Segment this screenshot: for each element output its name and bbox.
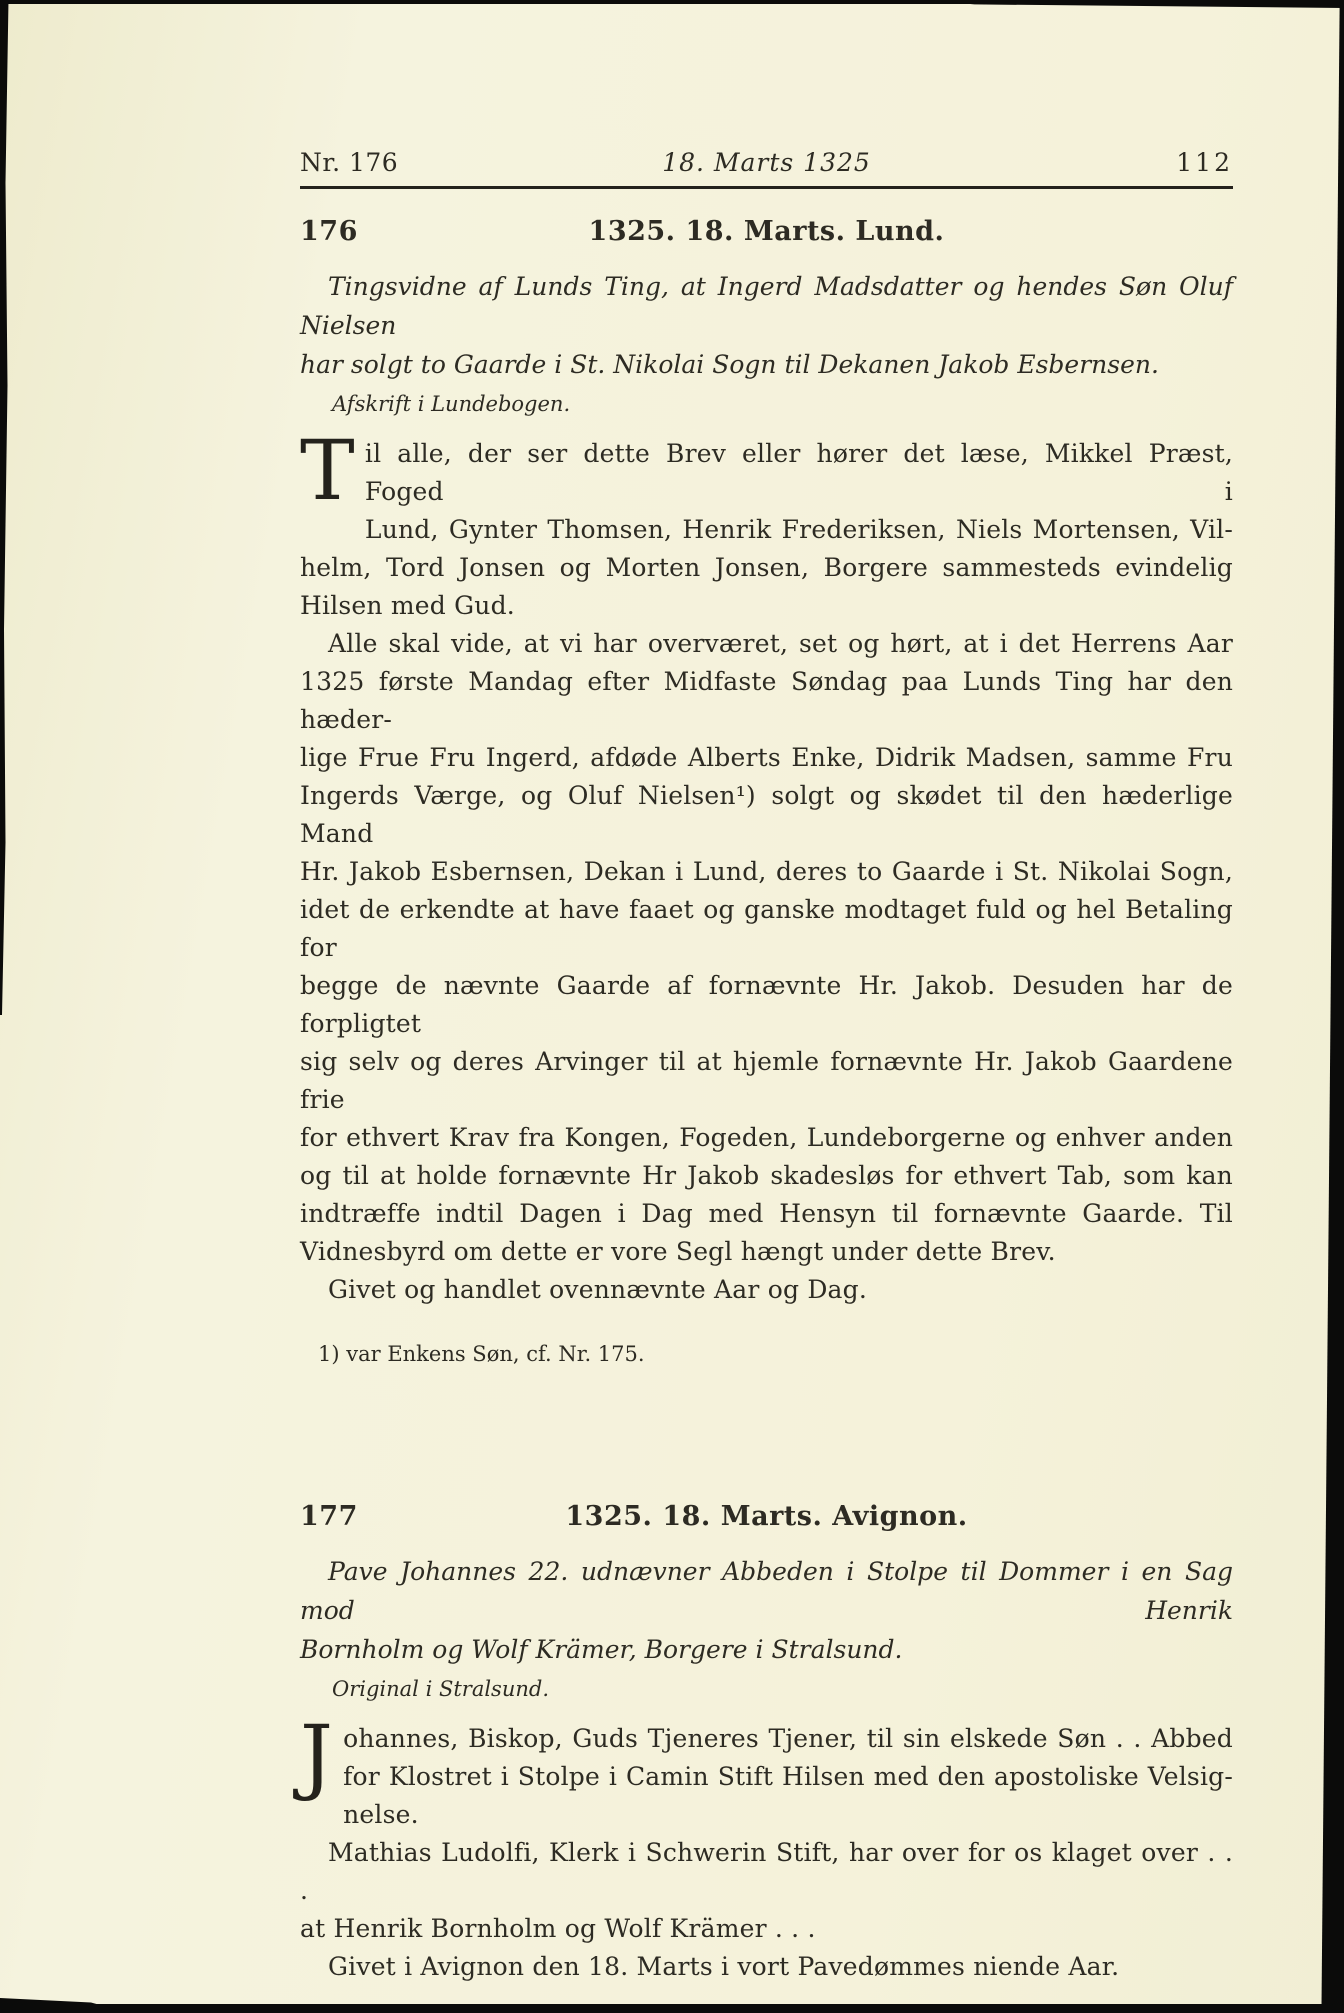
page-content: Nr. 176 18. Marts 1325 112 176 1325. 18.… <box>300 0 1233 1986</box>
text-line: Hilsen med Gud. <box>300 587 1233 625</box>
text-line: Mathias Ludolfi, Klerk i Schwerin Stift,… <box>300 1834 1233 1910</box>
text-line: indtræffe indtil Dagen i Dag med Hensyn … <box>300 1195 1233 1233</box>
text-line: lige Frue Fru Ingerd, afdøde Alberts Enk… <box>300 739 1233 777</box>
text-line: ohannes, Biskop, Guds Tjeneres Tjener, t… <box>300 1720 1233 1758</box>
scan-edge-right <box>1320 0 1344 2013</box>
entry-177-closing-line: Givet i Avignon den 18. Marts i vort Pav… <box>300 1948 1233 1986</box>
text-line: Lund, Gynter Thomsen, Henrik Frederiksen… <box>300 511 1233 549</box>
entry-176-number: 176 <box>300 212 358 252</box>
entry-176-closing-line: Givet og handlet ovennævnte Aar og Dag. <box>300 1271 1233 1309</box>
entry-177-title: 1325. 18. Marts. Avignon. <box>300 1497 1233 1537</box>
regest-line: har solgt to Gaarde i St. Nikolai Sogn t… <box>300 345 1233 384</box>
header-rule <box>300 186 1233 189</box>
entry-177-regest: Pave Johannes 22. udnævner Abbeden i Sto… <box>300 1552 1233 1669</box>
scan-edge-bottom <box>0 2004 1344 2013</box>
text-line: Vidnesbyrd om dette er vore Segl hængt u… <box>300 1233 1233 1271</box>
regest-line: Bornholm og Wolf Krämer, Borgere i Stral… <box>300 1630 1233 1669</box>
entry-177-heading: 177 1325. 18. Marts. Avignon. <box>300 1497 1233 1537</box>
entry-177: 177 1325. 18. Marts. Avignon. Pave Johan… <box>300 1497 1233 1986</box>
regest-line: Pave Johannes 22. udnævner Abbeden i Sto… <box>300 1552 1233 1630</box>
text-line: begge de nævnte Gaarde af fornævnte Hr. … <box>300 967 1233 1043</box>
entry-176-heading: 176 1325. 18. Marts. Lund. <box>300 212 1233 252</box>
running-header-entry-number: Nr. 176 <box>300 148 520 177</box>
running-header: Nr. 176 18. Marts 1325 112 <box>300 148 1233 177</box>
text-line: nelse. <box>300 1796 1233 1834</box>
text-line: for Klostret i Stolpe i Camin Stift Hils… <box>300 1758 1233 1796</box>
text-line: for ethvert Krav fra Kongen, Fogeden, Lu… <box>300 1119 1233 1157</box>
page-number: 112 <box>1013 148 1233 177</box>
running-header-date: 18. Marts 1325 <box>520 148 1013 177</box>
entry-176-source-note: Afskrift i Lundebogen. <box>332 389 1233 419</box>
entry-177-source-note: Original i Stralsund. <box>332 1674 1233 1704</box>
entry-176-footnote: 1) var Enkens Søn, cf. Nr. 175. <box>318 1339 1233 1369</box>
entry-176-title: 1325. 18. Marts. Lund. <box>300 212 1233 252</box>
entry-177-number: 177 <box>300 1497 358 1537</box>
text-line: 1325 første Mandag efter Midfaste Søndag… <box>300 663 1233 739</box>
text-line: Alle skal vide, at vi har overværet, set… <box>300 625 1233 663</box>
regest-line: Tingsvidne af Lunds Ting, at Ingerd Mads… <box>300 267 1233 345</box>
text-line: sig selv og deres Arvinger til at hjemle… <box>300 1043 1233 1119</box>
drop-cap-T: T <box>300 438 355 512</box>
entry-176-regest: Tingsvidne af Lunds Ting, at Ingerd Mads… <box>300 267 1233 384</box>
text-line: Hr. Jakob Esbernsen, Dekan i Lund, deres… <box>300 853 1233 891</box>
text-line: og til at holde fornævnte Hr Jakob skade… <box>300 1157 1233 1195</box>
entry-177-paragraph-2: Mathias Ludolfi, Klerk i Schwerin Stift,… <box>300 1834 1233 1948</box>
entry-177-body: J ohannes, Biskop, Guds Tjeneres Tjener,… <box>300 1720 1233 1986</box>
drop-cap-J: J <box>300 1723 333 1797</box>
entry-177-paragraph-1: J ohannes, Biskop, Guds Tjeneres Tjener,… <box>300 1720 1233 1834</box>
text-line: Ingerds Værge, og Oluf Nielsen¹) solgt o… <box>300 777 1233 853</box>
entry-176-paragraph-2: Alle skal vide, at vi har overværet, set… <box>300 625 1233 1271</box>
text-line: at Henrik Bornholm og Wolf Krämer . . . <box>300 1910 1233 1948</box>
entry-176-paragraph-1: T il alle, der ser dette Brev eller høre… <box>300 435 1233 625</box>
scan-edge-left <box>0 0 10 1015</box>
scanned-page: Nr. 176 18. Marts 1325 112 176 1325. 18.… <box>0 0 1344 2013</box>
text-line: helm, Tord Jonsen og Morten Jonsen, Borg… <box>300 549 1233 587</box>
entry-176: 176 1325. 18. Marts. Lund. Tingsvidne af… <box>300 212 1233 1369</box>
entry-176-body: T il alle, der ser dette Brev eller høre… <box>300 435 1233 1309</box>
text-line: idet de erkendte at have faaet og ganske… <box>300 891 1233 967</box>
text-line: il alle, der ser dette Brev eller hører … <box>300 435 1233 511</box>
